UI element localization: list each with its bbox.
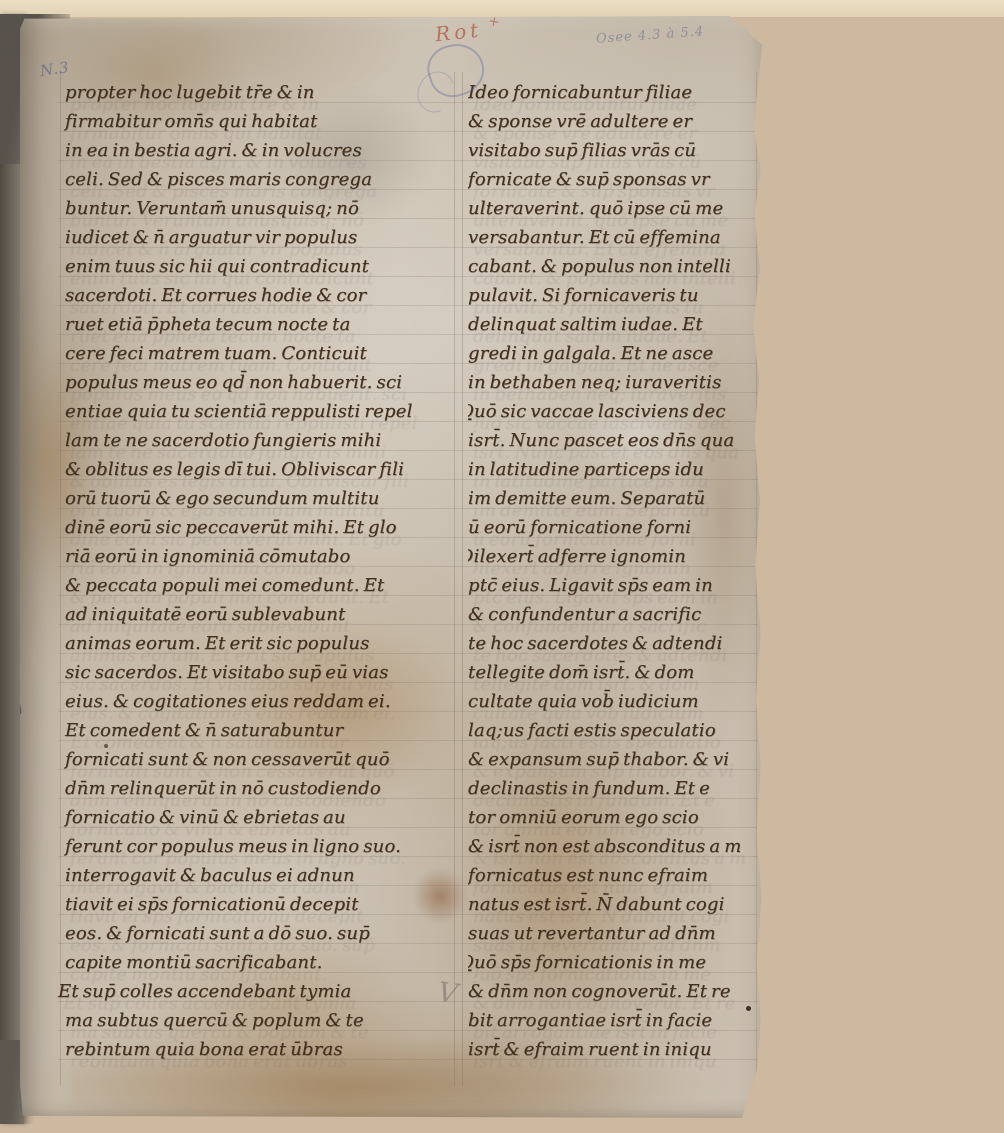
manuscript-text-line: ptc̄ eius. Ligavit sp̄s eam in [468, 571, 768, 600]
manuscript-text-line: eos. & fornicati sunt a dō suo. sup̄ [65, 919, 457, 948]
manuscript-text-line: & expansum sup̄ thabor. & vi [468, 745, 768, 774]
parchment-page: propter hoc lugebit tr̄e & infirmabitur … [20, 16, 762, 1118]
manuscript-text-line: populus meus eo qd̄ non habuerit. sci [65, 368, 457, 397]
manuscript-text-line: Dilexert̄ adferre ignomin [468, 542, 768, 571]
manuscript-text-line: fornicate & sup̄ sponsas vr [468, 165, 768, 194]
manuscript-text-line: lam te ne sacerdotio fungieris mihi [65, 426, 457, 455]
manuscript-text-line: enim tuus sic hii qui contradicunt [65, 252, 457, 281]
manuscript-text-line: sic sacerdos. Et visitabo sup̄ eū vias [65, 658, 457, 687]
manuscript-text-line: cabant. & populus non intelli [468, 252, 768, 281]
manuscript-text-line: capite montiū sacrificabant. [65, 948, 457, 977]
manuscript-text-line: fornicati sunt & non cessaverūt quō [65, 745, 457, 774]
manuscript-text-line: firmabitur omn̄s qui habitat [65, 107, 457, 136]
manuscript-text-line: declinastis in fundum. Et e [468, 774, 768, 803]
manuscript-text-line: ū eorū fornicatione forni [468, 513, 768, 542]
manuscript-text-line: ma subtus quercū & poplum & te [65, 1006, 457, 1035]
manuscript-text-line: buntur. Veruntam̄ unusquisq; nō [65, 194, 457, 223]
ink-speck [746, 1006, 751, 1011]
manuscript-text-line: im demitte eum. Separatū [468, 484, 768, 513]
manuscript-text-line: bit arrogantiae isrt̄ in facie [468, 1006, 768, 1035]
manuscript-text-line: isrt̄. Nunc pascet eos dn̄s qua [468, 426, 768, 455]
manuscript-text-line: delinquat saltim iudae. Et [468, 310, 768, 339]
folio-number-pencil-annotation: N.3 [39, 58, 71, 80]
red-ink-mark: Rot [434, 18, 483, 47]
text-column-left: propter hoc lugebit tr̄e & infirmabitur … [65, 78, 457, 1064]
manuscript-text-line: in bethaben neq; iuraveritis [468, 368, 768, 397]
ruling-vertical-line [60, 72, 61, 1086]
manuscript-text-line: in ea in bestia agri. & in volucres [65, 136, 457, 165]
manuscript-text-line: suas ut revertantur ad dn̄m [468, 919, 768, 948]
manuscript-text-line: celi. Sed & pisces maris congrega [65, 165, 457, 194]
manuscript-text-line: ferunt cor populus meus in ligno suo. [65, 832, 457, 861]
manuscript-text-line: animas eorum. Et erit sic populus [65, 629, 457, 658]
backdrop-top-band [0, 0, 1004, 17]
manuscript-text-line: Et comedent & n̄ saturabuntur [65, 716, 457, 745]
manuscript-text-line: & isrt̄ non est absconditus a m [468, 832, 768, 861]
text-column-right: Ideo fornicabuntur filiae& sponse vrē a… [468, 78, 768, 1064]
manuscript-text-line: entiae quia tu scientiā reppulisti repe… [65, 397, 457, 426]
manuscript-text-line: interrogavit & baculus ei adnun [65, 861, 457, 890]
manuscript-text-line: & sponse vrē adultere er [468, 107, 768, 136]
manuscript-text-line: & oblitus es legis dī tui. Obliviscar f… [65, 455, 457, 484]
pen-trial-letter: V [436, 977, 460, 1010]
manuscript-text-line: fornicatus est nunc efraim [468, 861, 768, 890]
manuscript-text-line: dinē eorū sic peccaverūt mihi. Et glo [65, 513, 457, 542]
manuscript-text-line: laq;us facti estis speculatio [468, 716, 768, 745]
manuscript-text-line: cere feci matrem tuam. Conticuit [65, 339, 457, 368]
manuscript-text-line: sacerdoti. Et corrues hodie & cor [65, 281, 457, 310]
manuscript-text-line: Ideo fornicabuntur filiae [468, 78, 768, 107]
manuscript-text-line: isrt̄ & efraim ruent in iniqu [468, 1035, 768, 1064]
manuscript-text-line: ulteraverint. quō ipse cū me [468, 194, 768, 223]
manuscript-text-line: orū tuorū & ego secundum multitu [65, 484, 457, 513]
manuscript-text-line: ad iniquitatē eorū sublevabunt [65, 600, 457, 629]
manuscript-text-line: cultate quia vob̄ iudicium [468, 687, 768, 716]
manuscript-text-line: Quō sp̄s fornicationis in me [468, 948, 768, 977]
manuscript-text-line: rebintum quia bona erat ūbras [65, 1035, 457, 1064]
manuscript-text-line: & confundentur a sacrific [468, 600, 768, 629]
manuscript-text-line: Quō sic vaccae lasciviens dec [468, 397, 768, 426]
manuscript-text-line: dn̄m relinquerūt in nō custodiendo [65, 774, 457, 803]
manuscript-text-line: gredi in galgala. Et ne asce [468, 339, 768, 368]
manuscript-text-line: in latitudine particeps idu [468, 455, 768, 484]
manuscript-text-line: & peccata populi mei comedunt. Et [65, 571, 457, 600]
manuscript-text-line: te hoc sacerdotes & adtendi [468, 629, 768, 658]
manuscript-text-line: tiavit ei sp̄s fornicationū decepit [65, 890, 457, 919]
pencil-bible-reference: Osee 4.3 à 5.4 [596, 24, 705, 47]
manuscript-text-line: visitabo sup̄ filias vrās cū [468, 136, 768, 165]
manuscript-text-line: eius. & cogitationes eius reddam ei. [65, 687, 457, 716]
manuscript-text-line: riā eorū in ignominiā cōmutabo [65, 542, 457, 571]
manuscript-text-line: ruet etiā p̄pheta tecum nocte ta [65, 310, 457, 339]
manuscript-text-line: propter hoc lugebit tr̄e & in [65, 78, 457, 107]
ruling-vertical-line [462, 72, 463, 1086]
manuscript-text-line: pulavit. Si fornicaveris tu [468, 281, 768, 310]
manuscript-text-line: Et sup̄ colles accendebant tymia [65, 977, 457, 1006]
manuscript-text-line: iudicet & n̄ arguatur vir populus [65, 223, 457, 252]
manuscript-text-line: versabantur. Et cū effemina [468, 223, 768, 252]
manuscript-photograph: propter hoc lugebit tr̄e & infirmabitur … [0, 0, 1004, 1133]
manuscript-text-line: natus est isrt̄. N̄ dabunt cogi [468, 890, 768, 919]
ink-speck [104, 744, 108, 748]
manuscript-text-line: & dn̄m non cognoverūt. Et re [468, 977, 768, 1006]
manuscript-text-line: fornicatio & vinū & ebrietas au [65, 803, 457, 832]
manuscript-text-line: tellegite dom̄ isrt̄. & dom [468, 658, 768, 687]
manuscript-text-line: tor omniū eorum ego scio [468, 803, 768, 832]
